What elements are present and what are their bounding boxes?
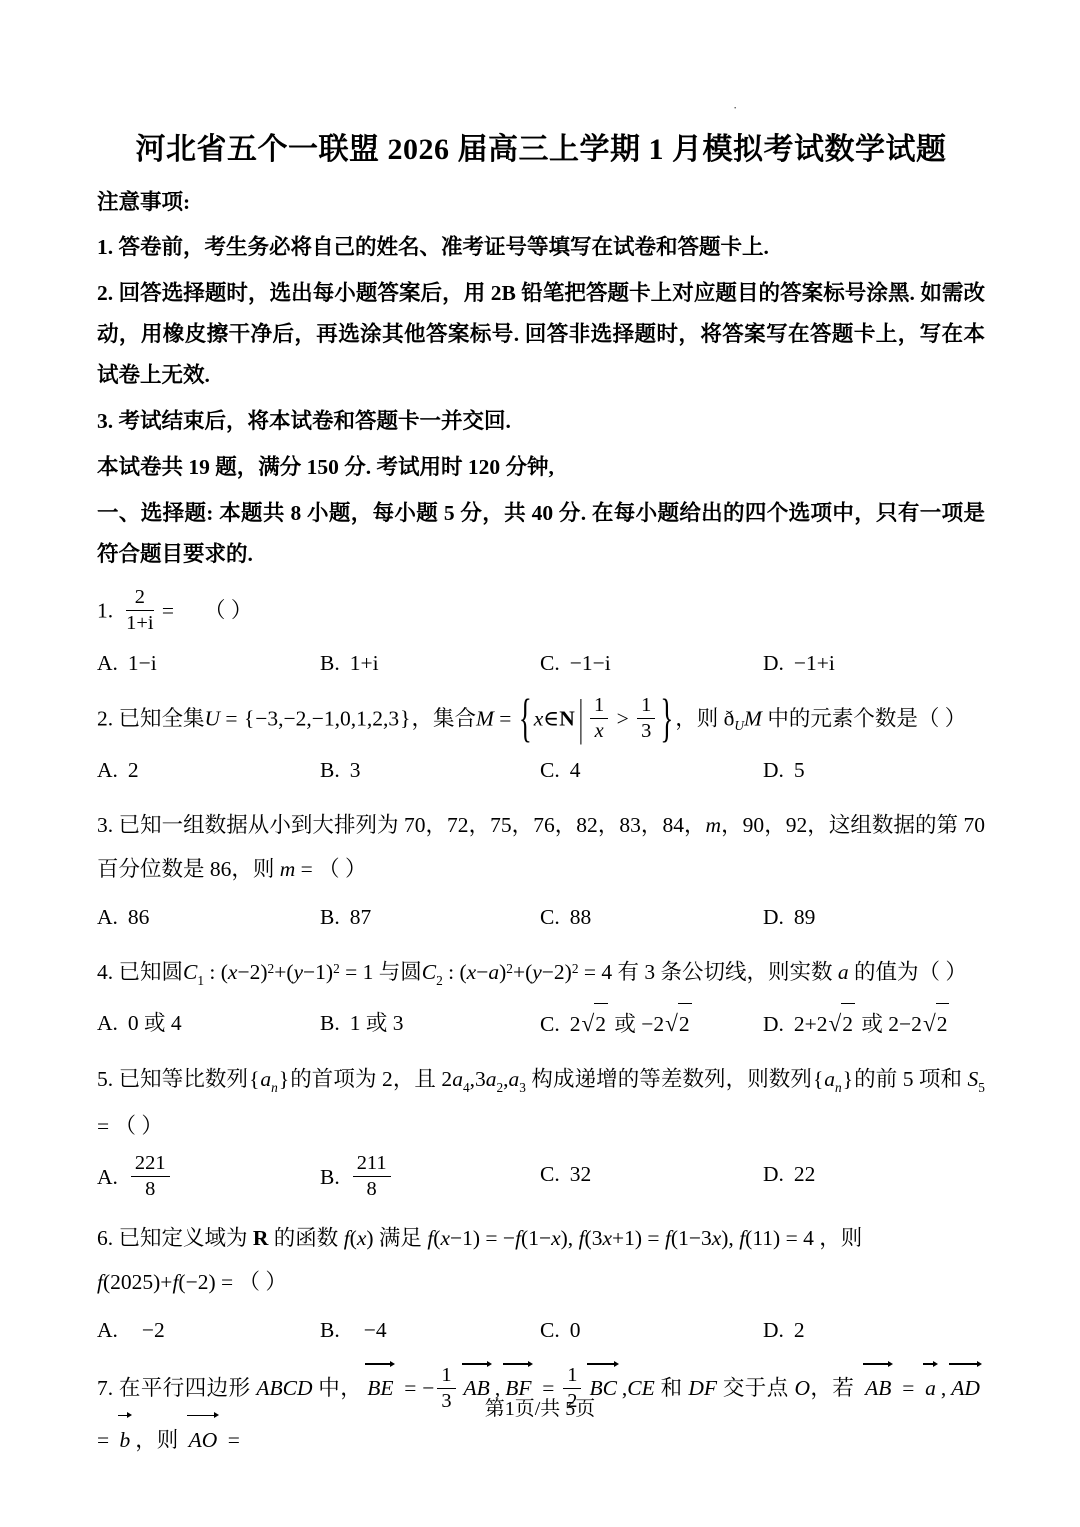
fraction-numerator: 1 [437, 1364, 455, 1389]
option-C: C.32 [540, 1154, 763, 1203]
text-fragment: （ ） [204, 598, 252, 622]
i-fragment: U [205, 706, 221, 730]
i-fragment: m [706, 813, 722, 837]
text-fragment: ，则 [135, 1428, 183, 1452]
question-text: 4. 已知圆C1 : (x−2)2+(y−1)2 = 1 与圆C2 : (x−a… [97, 950, 985, 997]
text-fragment: −1−i [570, 651, 611, 675]
i-fragment: x [440, 1226, 450, 1250]
text-fragment: 2. 已知全集 [97, 706, 205, 730]
question-text: 3. 已知一组数据从小到大排列为 70，72，75，76，82，83，84，m，… [97, 803, 985, 891]
radicand: 2 [936, 1003, 950, 1044]
option-D: D.−1+i [763, 643, 985, 683]
fraction-denominator: 8 [131, 1177, 170, 1201]
option-A: A.2218 [97, 1154, 320, 1203]
text-fragment: > [611, 706, 634, 730]
text-fragment: = [157, 598, 175, 622]
fraction-numerator: 1 [590, 694, 608, 719]
text-fragment: 中的元素个数是（ ） [762, 706, 966, 730]
brace-fragment: } [400, 706, 410, 730]
section-1-heading: 一、选择题: 本题共 8 小题，每小题 5 分，共 40 分. 在每小题给出的四… [97, 493, 985, 575]
option-C: C.4 [540, 750, 763, 790]
options-row: A.−2B.−4C.0D.2 [97, 1310, 985, 1350]
text-fragment: −2) [542, 960, 572, 984]
notice-item-1: 1. 答卷前，考生务必将自己的姓名、准考证号等填写在试卷和答题卡上. [97, 227, 985, 268]
sub-fragment: 4 [463, 1080, 470, 1095]
option-label: B. [320, 1318, 340, 1342]
text-fragment: +( [513, 960, 532, 984]
text-fragment: +( [274, 960, 293, 984]
fraction-denominator: 1+i [126, 611, 153, 635]
option-label: D. [763, 905, 784, 929]
sqrt-fragment: √2 [923, 1003, 950, 1044]
vector-with-arrow: AO [187, 1415, 220, 1462]
question-text: 1.21+i =（ ） [97, 588, 985, 637]
text-fragment: (1−3 [671, 1226, 712, 1250]
i-fragment: a [486, 1067, 497, 1091]
page-footer: 第1页/共 5页 [0, 1392, 1080, 1421]
option-label: D. [763, 651, 784, 675]
question-text: 2. 已知全集U = {−3,−2,−1,0,1,2,3}，集合M = {x∈N… [97, 696, 985, 745]
option-label: A. [97, 905, 118, 929]
i-fragment: a [260, 1067, 271, 1091]
radical-sign-icon: √ [665, 1004, 678, 1044]
option-D: D.5 [763, 750, 985, 790]
brace-fragment: { [519, 675, 532, 761]
text-fragment: 1−i [128, 651, 157, 675]
option-label: C. [540, 1012, 560, 1036]
option-label: C. [540, 758, 560, 782]
option-label: C. [540, 1162, 560, 1186]
brace-fragment: { [244, 706, 254, 730]
text-fragment: − [476, 960, 488, 984]
i-fragment: m [280, 857, 296, 881]
frac-fragment: 2118 [353, 1152, 391, 1201]
text-fragment: −2) [237, 960, 267, 984]
option-A: A.2 [97, 750, 320, 790]
fraction-denominator: x [590, 719, 608, 743]
radicand: 2 [678, 1003, 692, 1044]
notice-item-2: 2. 回答选择题时，选出每小题答案后，用 2B 铅笔把答题卡上对应题目的答案标号… [97, 273, 985, 396]
option-label: C. [540, 905, 560, 929]
text-fragment: 的函数 [268, 1226, 343, 1250]
option-B: B.1+i [320, 643, 540, 683]
text-fragment: (3 [585, 1226, 603, 1250]
text-fragment: 2 [128, 758, 139, 782]
option-A: A.−2 [97, 1310, 320, 1350]
question-5: 5. 已知等比数列{an}的首项为 2，且 2a4,3a2,a3 构成递增的等差… [97, 1057, 985, 1203]
text-fragment: 1+i [350, 651, 379, 675]
i-fragment: x [357, 1226, 367, 1250]
sqrt-fragment: √2 [829, 1003, 856, 1044]
text-fragment: −1) [303, 960, 333, 984]
option-label: A. [97, 1011, 118, 1035]
text-fragment: = 4 有 3 条公切线，则实数 [579, 960, 838, 984]
sqrt-fragment: √2 [581, 1003, 608, 1044]
option-C: C.88 [540, 897, 763, 937]
option-label: A. [97, 1165, 118, 1189]
text-fragment: ,3 [470, 1067, 486, 1091]
option-label: B. [320, 758, 340, 782]
frac-fragment: 2218 [131, 1152, 170, 1201]
text-fragment: 构成递增的等差数列，则数列 [526, 1067, 812, 1091]
fraction-denominator: 3 [637, 719, 655, 743]
text-fragment: (11) = 4 ，则 [745, 1226, 862, 1250]
text-fragment: 3. 已知一组数据从小到大排列为 70，72，75，76，82，83，84， [97, 813, 706, 837]
options-row: A.2B.3C.4D.5 [97, 750, 985, 790]
text-fragment: −1) = − [450, 1226, 515, 1250]
text-fragment: = [222, 1428, 240, 1452]
i-fragment: M [476, 706, 494, 730]
option-B: B.1 或 3 [320, 1003, 540, 1044]
text-fragment: = [97, 1428, 115, 1452]
i-fragment: x [534, 706, 544, 730]
text-fragment: = [494, 706, 517, 730]
text-fragment: −4 [364, 1318, 387, 1342]
exam-info: 本试卷共 19 题，满分 150 分. 考试用时 120 分钟, [97, 447, 985, 488]
text-fragment: : ( [204, 960, 228, 984]
text-fragment: 3 [350, 758, 361, 782]
i-fragment: x [712, 1226, 722, 1250]
text-fragment: 86 [128, 905, 150, 929]
brace-fragment: } [279, 1067, 289, 1091]
text-fragment: −1+i [794, 651, 835, 675]
text-fragment: 87 [350, 905, 372, 929]
i-fragment: M [744, 706, 762, 730]
i-fragment: y [293, 960, 303, 984]
option-label: D. [763, 758, 784, 782]
option-D: D.2 [763, 1310, 985, 1350]
text-fragment: 6. 已知定义域为 [97, 1226, 253, 1250]
vector-with-arrow: b [118, 1415, 133, 1462]
text-fragment: 0 或 4 [128, 1011, 182, 1035]
option-label: C. [540, 651, 560, 675]
sup-fragment: 2 [333, 961, 340, 976]
i-fragment: C [422, 960, 436, 984]
notice-heading: 注意事项: [97, 182, 985, 222]
question-6: 6. 已知定义域为 R 的函数 f(x) 满足 f(x−1) = −f(1−x)… [97, 1216, 985, 1350]
text-fragment: ，集合 [411, 706, 476, 730]
option-label: B. [320, 651, 340, 675]
text-fragment: = （ ） [295, 857, 366, 881]
brace-fragment: } [660, 675, 673, 761]
text-fragment: −3,−2,−1,0,1,2,3 [255, 706, 399, 730]
text-fragment: (1− [521, 1226, 551, 1250]
sub-fragment: n [835, 1080, 842, 1095]
text-fragment: = （ ） [97, 1114, 163, 1138]
text-fragment: 或 −2 [609, 1012, 664, 1036]
option-A: A.86 [97, 897, 320, 937]
text-fragment: 4. 已知圆 [97, 960, 183, 984]
text-fragment: (−2) = （ ） [178, 1270, 286, 1294]
question-3: 3. 已知一组数据从小到大排列为 70，72，75，76，82，83，84，m，… [97, 803, 985, 937]
question-text: 6. 已知定义域为 R 的函数 f(x) 满足 f(x−1) = −f(1−x)… [97, 1216, 985, 1260]
question-1: 1.21+i =（ ）A.1−iB.1+iC.−1−iD.−1+i [97, 588, 985, 683]
fraction-denominator: 8 [353, 1177, 391, 1201]
i-fragment: a [509, 1067, 520, 1091]
text-fragment: 5. 已知等比数列 [97, 1067, 248, 1091]
bd-fragment: R [253, 1226, 269, 1250]
notice-item-3: 3. 考试结束后，将本试卷和答题卡一并交回. [97, 401, 985, 442]
fraction-numerator: 211 [353, 1152, 391, 1177]
options-row: A.2218B.2118C.32D.22 [97, 1154, 985, 1203]
sub-fragment: U [734, 718, 744, 733]
page-content: 河北省五个一联盟 2026 届高三上学期 1 月模拟考试数学试题 注意事项: 1… [97, 0, 985, 1462]
i-fragment: a [488, 960, 499, 984]
text-fragment: −2 [142, 1318, 165, 1342]
sup-fragment: 2 [268, 961, 275, 976]
option-B: B.2118 [320, 1154, 540, 1203]
i-fragment: S [968, 1067, 979, 1091]
text-fragment: 2 [570, 1012, 581, 1036]
option-A: A.1−i [97, 643, 320, 683]
text-fragment: +1) = [612, 1226, 665, 1250]
text-fragment: 2 [794, 1318, 805, 1342]
radical-sign-icon: √ [829, 1004, 842, 1044]
sub-fragment: n [271, 1080, 278, 1095]
option-B: B.3 [320, 750, 540, 790]
option-label: A. [97, 1318, 118, 1342]
text-fragment: 1 或 3 [350, 1011, 404, 1035]
option-C: C.0 [540, 1310, 763, 1350]
option-label: D. [763, 1318, 784, 1342]
option-C: C.2√2 或 −2√2 [540, 1003, 763, 1044]
sub-fragment: 5 [978, 1080, 985, 1095]
sup-fragment: 2 [572, 961, 579, 976]
text-fragment: 的值为（ ） [849, 960, 967, 984]
question-text-continued: f(2025)+f(−2) = （ ） [97, 1260, 985, 1304]
sub-fragment: 3 [519, 1080, 526, 1095]
text-fragment: ð [724, 706, 735, 730]
text-fragment: 22 [794, 1162, 816, 1186]
sub-fragment: 2 [496, 1080, 503, 1095]
text-fragment: 的首项为 2，且 2 [290, 1067, 452, 1091]
option-label: B. [320, 1165, 340, 1189]
text-fragment: 1. [97, 598, 113, 622]
frac-fragment: 13 [637, 694, 655, 743]
radical-sign-icon: √ [581, 1004, 594, 1044]
i-fragment: a [452, 1067, 463, 1091]
option-label: B. [320, 1011, 340, 1035]
question-4: 4. 已知圆C1 : (x−2)2+(y−1)2 = 1 与圆C2 : (x−a… [97, 950, 985, 1044]
text-fragment: 88 [570, 905, 592, 929]
text-fragment: 2+2 [794, 1012, 828, 1036]
i-fragment: x [467, 960, 477, 984]
bar-fragment: | [579, 667, 583, 768]
text-fragment: = 1 与圆 [340, 960, 422, 984]
exam-page: · 河北省五个一联盟 2026 届高三上学期 1 月模拟考试数学试题 注意事项:… [0, 0, 1080, 1527]
question-2: 2. 已知全集U = {−3,−2,−1,0,1,2,3}，集合M = {x∈N… [97, 696, 985, 791]
i-fragment: x [602, 1226, 612, 1250]
option-B: B.87 [320, 897, 540, 937]
fraction-numerator: 1 [563, 1364, 581, 1389]
text-fragment: ), [721, 1226, 739, 1250]
frac-fragment: 21+i [126, 586, 153, 635]
option-label: D. [763, 1012, 784, 1036]
text-fragment: 89 [794, 905, 816, 929]
frac-fragment: 1x [590, 694, 608, 743]
question-text: 5. 已知等比数列{an}的首项为 2，且 2a4,3a2,a3 构成递增的等差… [97, 1057, 985, 1148]
sub-fragment: 2 [436, 973, 443, 988]
option-label: D. [763, 1162, 784, 1186]
page-title: 河北省五个一联盟 2026 届高三上学期 1 月模拟考试数学试题 [97, 124, 985, 168]
i-fragment: C [183, 960, 197, 984]
text-fragment: ) 满足 [366, 1226, 427, 1250]
option-D: D.22 [763, 1154, 985, 1203]
sub-fragment: 1 [197, 973, 204, 988]
sup-fragment: 2 [506, 961, 513, 976]
option-label: A. [97, 651, 118, 675]
option-D: D.89 [763, 897, 985, 937]
text-fragment: = [220, 706, 243, 730]
radical-sign-icon: √ [923, 1004, 936, 1044]
option-C: C.−1−i [540, 643, 763, 683]
i-fragment: a [838, 960, 849, 984]
text-fragment: 0 [570, 1318, 581, 1342]
options-row: A.86B.87C.88D.89 [97, 897, 985, 937]
radicand: 2 [841, 1003, 855, 1044]
text-fragment: 的前 5 项和 [854, 1067, 968, 1091]
fraction-numerator: 2 [126, 586, 153, 611]
option-A: A.0 或 4 [97, 1003, 320, 1044]
options-row: A.0 或 4B.1 或 3C.2√2 或 −2√2D.2+2√2 或 2−2√… [97, 1003, 985, 1044]
sqrt-fragment: √2 [665, 1003, 692, 1044]
i-fragment: x [551, 1226, 561, 1250]
option-label: A. [97, 758, 118, 782]
text-fragment: (2025)+ [103, 1270, 172, 1294]
options-row: A.1−iB.1+iC.−1−iD.−1+i [97, 643, 985, 683]
text-fragment: 或 2−2 [856, 1012, 922, 1036]
bd-fragment: N [559, 706, 575, 730]
text-fragment: : ( [443, 960, 467, 984]
i-fragment: a [824, 1067, 835, 1091]
text-fragment: ，则 [675, 706, 723, 730]
brace-fragment: } [843, 1067, 853, 1091]
fraction-numerator: 1 [637, 694, 655, 719]
option-label: B. [320, 905, 340, 929]
text-fragment: 32 [570, 1162, 592, 1186]
text-fragment: ∈ [543, 706, 559, 730]
option-label: C. [540, 1318, 560, 1342]
brace-fragment: { [249, 1067, 259, 1091]
radicand: 2 [594, 1003, 608, 1044]
brace-fragment: { [813, 1067, 823, 1091]
option-B: B.−4 [320, 1310, 540, 1350]
text-fragment: 5 [794, 758, 805, 782]
questions-list: 1.21+i =（ ）A.1−iB.1+iC.−1−iD.−1+i2. 已知全集… [97, 588, 985, 1462]
i-fragment: y [532, 960, 542, 984]
text-fragment: ), [561, 1226, 579, 1250]
option-D: D.2+2√2 或 2−2√2 [763, 1003, 985, 1044]
text-fragment: ( [350, 1226, 357, 1250]
fraction-numerator: 221 [131, 1152, 170, 1177]
